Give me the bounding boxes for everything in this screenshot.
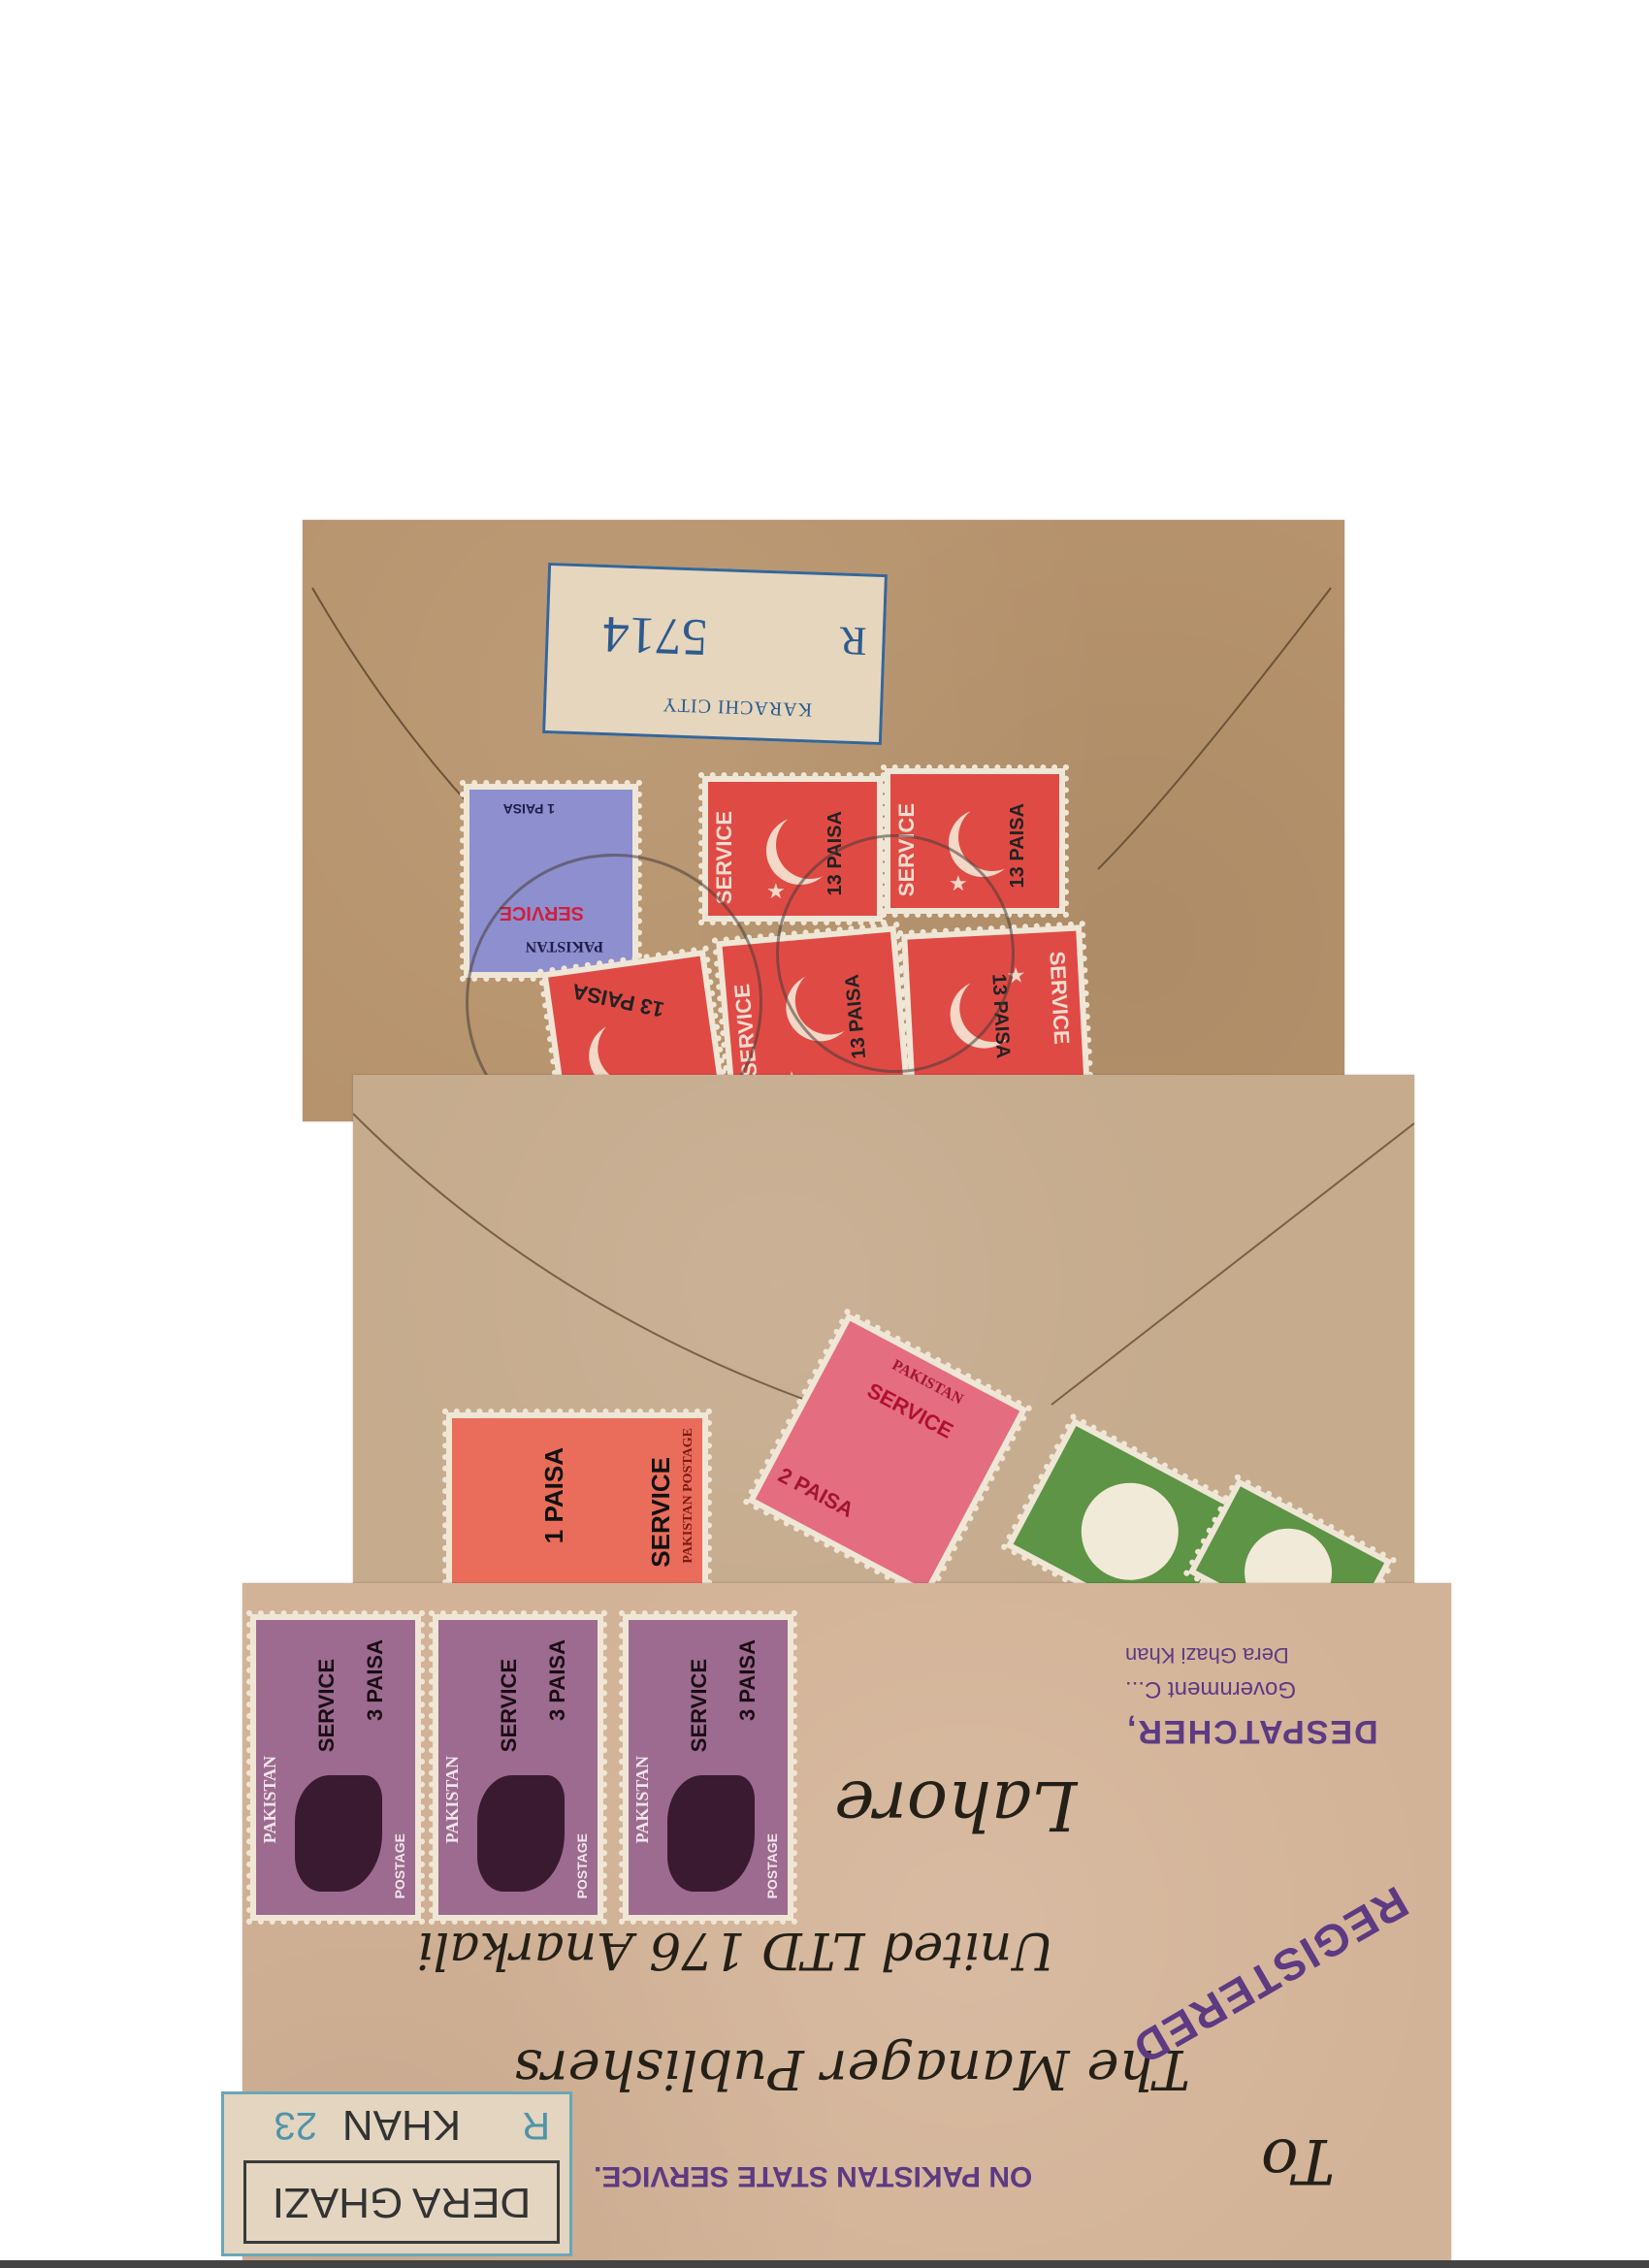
stamp-3-paisa-map: PAKISTAN SERVICE 3 PAISA POSTAGE [250,1614,421,1921]
registration-number: 5714 [602,604,709,668]
registration-number: 23 [275,2103,318,2147]
stamp-3-paisa-map: PAKISTAN SERVICE 3 PAISA POSTAGE [623,1614,793,1921]
registration-letter: R [839,616,868,664]
registration-letter: R [522,2103,550,2147]
handwritten-to: To [1261,2124,1335,2196]
handwritten-city: Lahore [834,1766,1077,1845]
registration-label-karachi: KARACHI CITY R 5714 [542,563,888,745]
despatcher-handstamp: DESPATCHER, Government C... Dera Ghazi K… [1125,1639,1436,1756]
postmark [776,834,1015,1073]
official-service-handstamp: ON PAKISTAN STATE SERVICE. [594,2159,1032,2192]
scanner-edge [0,2260,1649,2268]
registration-label-dera-ghazi-khan: DERA GHAZI KHAN R 23 [221,2091,572,2256]
stamp-3-paisa-map: PAKISTAN SERVICE 3 PAISA POSTAGE [433,1614,603,1921]
registration-office: DERA GHAZI KHAN [243,2160,560,2244]
handwritten-address-line1: The Manager Publishers [514,2037,1190,2100]
registration-office: KARACHI CITY [662,693,812,720]
stamp-1-paisa-service: 1 PAISA SERVICE PAKISTAN POSTAGE [446,1412,708,1593]
handwritten-address-line2: United LTD 176 Anarkali [417,1921,1054,1979]
